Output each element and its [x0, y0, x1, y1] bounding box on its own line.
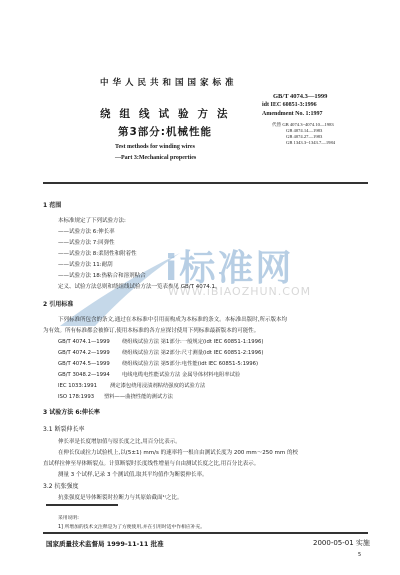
- reference-code: GB/T 4074.5—1999: [58, 361, 122, 367]
- national-standard-label: 中华人民共和国国家标准: [100, 76, 238, 88]
- reference-code: IEC 1033:1991: [58, 383, 110, 389]
- section-1-closing: 定义、试验方法总则和绕组线试验方法一览表参见 GB/T 4074.1。: [58, 282, 221, 290]
- document-title-en: Test methods for winding wires: [115, 144, 195, 150]
- reference-row: GB/T 4074.5—1999绕组线试验方法 第5部分:电性能(idt IEC…: [58, 359, 258, 367]
- reference-title: 绕组线试验方法 第2部分:尺寸测量(idt IEC 60851-2:1996): [122, 348, 263, 356]
- section-3-1-para1: 伸长率是长度增加值与原长度之比,用百分比表示。: [58, 437, 181, 445]
- section-3-2-heading: 3.2 抗张强度: [43, 481, 78, 490]
- footnote-divider: [46, 504, 118, 506]
- reference-row: IEC 1033:1991测定漆包绕用浸渍剂粘结强度的试验方法: [58, 381, 205, 389]
- reference-code: GB/T 3048.2—1994: [58, 372, 122, 378]
- section-1-item: ——试验方法 7:回弹性: [58, 238, 115, 246]
- section-3-1-para2-line2: 直试样拉伸至导体断裂点。计算断裂时长度线性增量与自由测试长度之比,用百分比表示。: [43, 459, 259, 467]
- standard-idt: idt IEC 60851-3:1996: [262, 102, 317, 108]
- reference-row: ISO 178:1993塑料——曲挠性能的测试方法: [58, 392, 173, 400]
- footnote-text: 1] 所增加的技术文注释是为了方便使用,并在引用时适中作相应补充。: [58, 523, 205, 530]
- section-1-item: ——试验方法 18:热粘合和溶剂粘合: [58, 271, 146, 279]
- section-1-item: ——试验方法 6:伸长率: [58, 227, 115, 235]
- header-divider: [43, 182, 368, 184]
- footer-divider: [43, 532, 368, 534]
- standard-amendment: Amendment No. 1:1997: [262, 111, 323, 117]
- section-1-item: ——试验方法 11:耐刮: [58, 260, 113, 268]
- reference-code: GB/T 4074.1—1999: [58, 339, 122, 345]
- standard-code: GB/T 4074.3—1999: [273, 93, 327, 100]
- section-3-1-heading: 3.1 断裂伸长率: [43, 424, 84, 433]
- reference-title: 绕组线试验方法 第1部分:一般规定(idt IEC 60851-1:1996): [122, 337, 263, 345]
- footnote-title: 采用说明:: [58, 514, 79, 521]
- reference-row: GB/T 4074.2—1999绕组线试验方法 第2部分:尺寸测量(idt IE…: [58, 348, 263, 356]
- effective-date: 2000-05-01 实施: [313, 538, 370, 548]
- reference-title: 测定漆包绕用浸渍剂粘结强度的试验方法: [110, 381, 205, 389]
- section-2-heading: 2 引用标准: [43, 299, 73, 308]
- approval-info: 国家质量技术监督局 1999-11-11 批准: [46, 539, 164, 548]
- section-2-para-line2: 为有效。所有标准都会被修订,使用本标准的各方应探讨使用下列标准最新版本的可能性。: [43, 326, 259, 334]
- document-subtitle-en: —Part 3:Mechanical properties: [115, 155, 196, 161]
- reference-row: GB/T 4074.1—1999绕组线试验方法 第1部分:一般规定(idt IE…: [58, 337, 263, 345]
- document-subtitle-cn: 第3部分:机械性能: [118, 124, 212, 139]
- replaces-item: GB 1343.3~1343.7—1984: [272, 140, 335, 146]
- reference-code: GB/T 4074.2—1999: [58, 350, 122, 356]
- page-number: 5: [358, 552, 361, 558]
- section-1-intro: 本标准规定了下列试验方法:: [58, 216, 126, 224]
- document-title-cn: 绕组线试验方法: [100, 106, 237, 121]
- section-1-item: ——试验方法 8:柔韧性和附着性: [58, 249, 137, 257]
- reference-row: GB/T 3048.2—1994电线电缆电性能试验方法 金属导体材料电阻率试验: [58, 370, 240, 378]
- section-3-1-para2-line1: 在伸长仪或拉力试验机上,以(5±1) mm/s 的速率将一根自由测试长度为 20…: [58, 448, 298, 456]
- section-3-1-para3: 测量 3 个试样,记录 3 个测试值,取其平均值作为断裂伸长率。: [58, 470, 208, 478]
- reference-code: ISO 178:1993: [58, 394, 104, 400]
- reference-title: 电线电缆电性能试验方法 金属导体材料电阻率试验: [122, 370, 240, 378]
- reference-title: 绕组线试验方法 第5部分:电性能(idt IEC 60851-5:1996): [122, 359, 258, 367]
- section-2-para-line1: 下列标准所包含的条文,通过在本标准中引用而构成为本标准的条文。本标准出版时,所示…: [58, 315, 287, 323]
- replaces-list: 代替 GB 4074.3~4074.10—1983 GB 4074.14—198…: [272, 122, 335, 146]
- section-3-heading: 3 试验方法 6:伸长率: [43, 407, 100, 416]
- section-1-heading: 1 范围: [43, 200, 61, 209]
- reference-title: 塑料——曲挠性能的测试方法: [104, 392, 173, 400]
- section-3-2-para1: 抗张强度是导体断裂时拉断力与其原始截面¹⁾之比。: [58, 493, 183, 501]
